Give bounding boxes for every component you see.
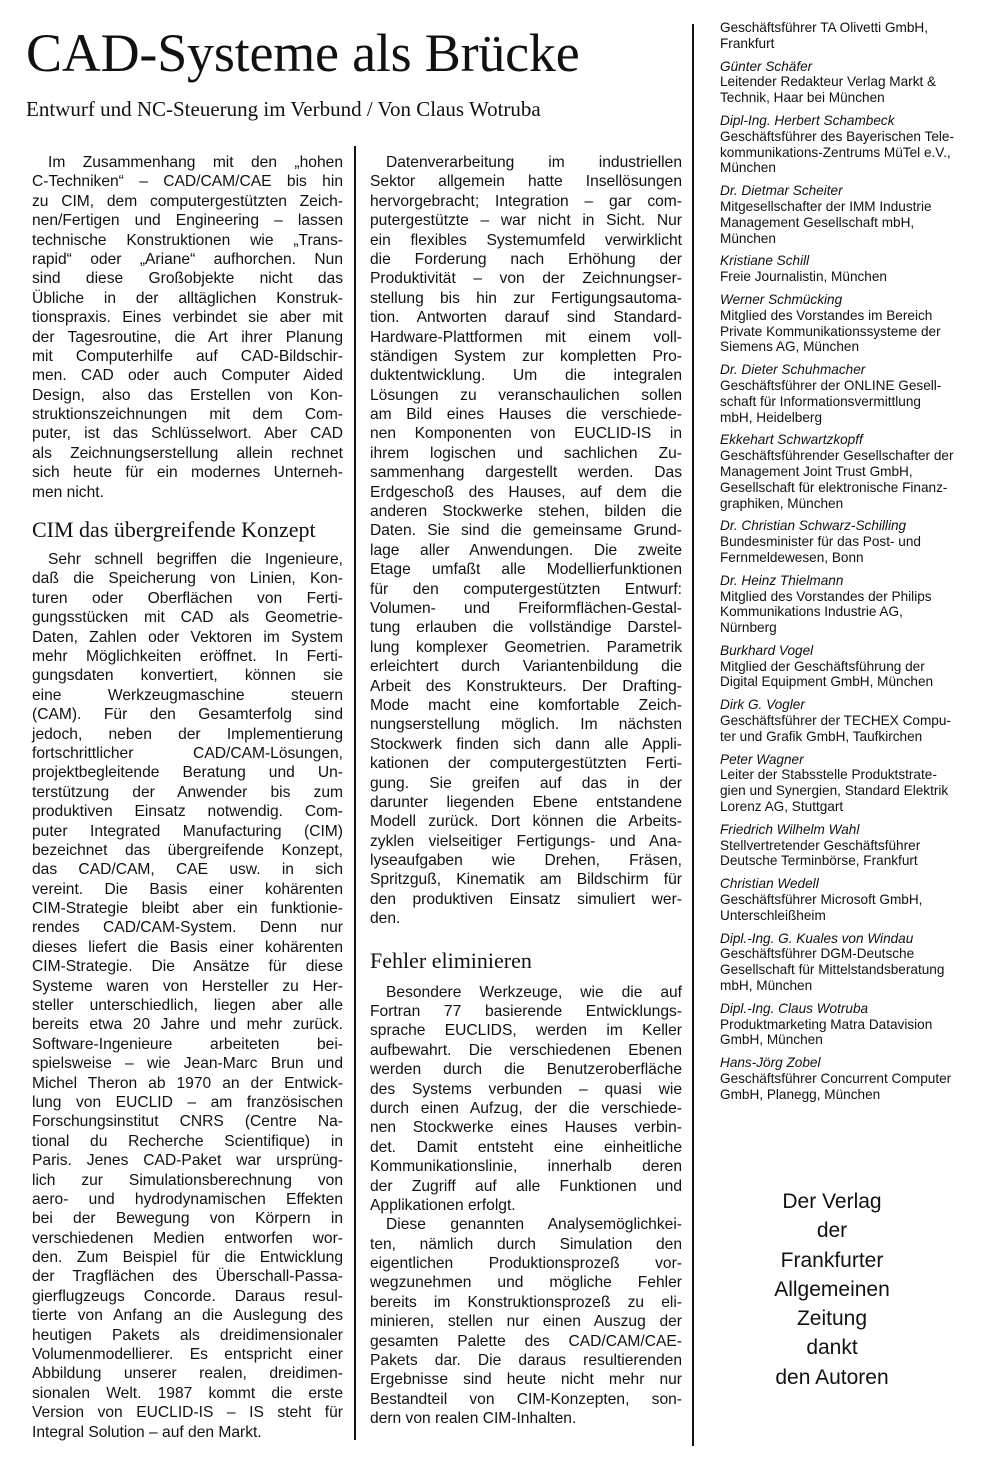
paragraph-line: lung komplexer Geometrien. Parametrik xyxy=(370,638,682,657)
paragraph-line: Applikationen erfolgt. xyxy=(370,1196,682,1215)
thanks-line: den Autoren xyxy=(732,1363,932,1392)
contributor-role: Management Joint Trust GmbH, xyxy=(720,464,990,480)
contributor-role: Siemens AG, München xyxy=(720,339,990,355)
contributor-name: Hans-Jörg Zobel xyxy=(720,1055,990,1071)
contributor-name: Ekkehart Schwartzkopff xyxy=(720,432,990,448)
paragraph-line: gungsstücken mit CAD als Geometrie- xyxy=(32,608,343,627)
contributor-role: Digital Equipment GmbH, München xyxy=(720,674,990,690)
contributor-role: München xyxy=(720,160,990,176)
paragraph-line: erleichtert durch Variantenbildung die xyxy=(370,657,682,676)
paragraph-line: ständigen System zur kompletten Pro- xyxy=(370,347,682,366)
paragraph-line: Fortran 77 basierende Entwicklungs- xyxy=(370,1002,682,1021)
contributor-role: mbH, München xyxy=(720,978,990,994)
paragraph-line: bereits im Konstruktionsprozeß zu eli- xyxy=(370,1293,682,1312)
paragraph-line: Hardware-Plattformen mit einem voll- xyxy=(370,328,682,347)
contributor-name: Dipl.-Ing. G. Kuales von Windau xyxy=(720,931,990,947)
contributor-entry: Christian WedellGeschäftsführer Microsof… xyxy=(720,876,990,923)
contributor-role: Unterschleißheim xyxy=(720,908,990,924)
paragraph-line: Übliche in der alltäglichen Konstruk- xyxy=(32,289,343,308)
contributor-role: mbH, Heidelberg xyxy=(720,410,990,426)
paragraph-line: aero- und hydrodynamischen Effekten xyxy=(32,1190,343,1209)
spacer xyxy=(32,502,343,516)
contributor-role: Mitglied der Geschäftsführung der xyxy=(720,659,990,675)
paragraph-line: daß die Speicherung von Linien, Kon- xyxy=(32,569,343,588)
paragraph-line: puter, ist das Schlüsselwort. Aber CAD xyxy=(32,424,343,443)
paragraph-line: sich heute für ein modernes Unterneh- xyxy=(32,463,343,482)
contributor-entry: Ekkehart SchwartzkopffGeschäftsführender… xyxy=(720,432,990,511)
contributor-role: Fernmeldewesen, Bonn xyxy=(720,550,990,566)
contributor-role: GmbH, Planegg, München xyxy=(720,1087,990,1103)
contributor-entry: Friedrich Wilhelm WahlStellvertretender … xyxy=(720,822,990,869)
paragraph-line: nen/Fertigen und Engineering – lassen xyxy=(32,211,343,230)
paragraph-line: darunter liegenden Ebene entstandene xyxy=(370,793,682,812)
contributor-role: Nürnberg xyxy=(720,620,990,636)
paragraph-line: putergestützte – war nicht in Sicht. Nur xyxy=(370,211,682,230)
paragraph-line: nen Stockwerke eines Hauses verbin- xyxy=(370,1118,682,1137)
paragraph-line: rapid“ oder „Ariane“ aufhorchen. Nun xyxy=(32,250,343,269)
contributor-role: Stellvertretender Geschäftsführer xyxy=(720,838,990,854)
paragraph-line: Produktivität – von der Zeichnungser- xyxy=(370,269,682,288)
section-heading: Fehler eliminieren xyxy=(370,947,682,975)
contributor-entry: Kristiane SchillFreie Journalistin, Münc… xyxy=(720,253,990,285)
contributor-role: Leiter der Stabsstelle Produktstrate- xyxy=(720,767,990,783)
paragraph-line: sionalen Welt. 1987 kommt die erste xyxy=(32,1384,343,1403)
contributor-role: Geschäftsführer DGM-Deutsche xyxy=(720,946,990,962)
contributor-role: Geschäftsführer Microsoft GmbH, xyxy=(720,892,990,908)
paragraph-line: steller unterschiedlich, liegen aber all… xyxy=(32,996,343,1015)
contributor-entry: Dr. Dietmar ScheiterMitgesellschafter de… xyxy=(720,183,990,246)
paragraph-line: Modell zurück. Dort können die Arbeits- xyxy=(370,812,682,831)
contributor-entry: Geschäftsführer TA Olivetti GmbH,Frankfu… xyxy=(720,20,990,52)
publisher-thanks: Der VerlagderFrankfurterAllgemeinenZeitu… xyxy=(732,1187,932,1392)
paragraph-line: projektbegleitende Beratung und Un- xyxy=(32,763,343,782)
contributor-name: Dr. Heinz Thielmann xyxy=(720,573,990,589)
paragraph-line: Diese genannten Analysemöglichkei- xyxy=(370,1215,682,1234)
contributor-entry: Peter WagnerLeiter der Stabsstelle Produ… xyxy=(720,752,990,815)
paragraph-line: puter Integrated Manufacturing (CIM) xyxy=(32,822,343,841)
contributor-name: Peter Wagner xyxy=(720,752,990,768)
contributor-entry: Günter SchäferLeitender Redakteur Verlag… xyxy=(720,59,990,106)
paragraph-line: Volumen- und Freiformflächen-Gestal- xyxy=(370,599,682,618)
paragraph-line: zu CIM, dem computergestützten Zeich- xyxy=(32,192,343,211)
paragraph-line: Daten. Sie sind die gemeinsame Grund- xyxy=(370,521,682,540)
paragraph-line: Spritzguß, Kinematik am Bildschirm für xyxy=(370,870,682,889)
paragraph-line: den. xyxy=(370,909,682,928)
paragraph-line: den produktiven Einsatz simuliert wer- xyxy=(370,890,682,909)
article-subtitle: Entwurf und NC-Steuerung im Verbund / Vo… xyxy=(26,96,541,122)
contributor-name: Dr. Dietmar Scheiter xyxy=(720,183,990,199)
contributor-role: Kommunikations Industrie AG, xyxy=(720,604,990,620)
contributor-entry: Dirk G. VoglerGeschäftsführer der TECHEX… xyxy=(720,697,990,744)
paragraph-line: duktentwicklung. Um die integralen xyxy=(370,366,682,385)
contributor-role: Geschäftsführer TA Olivetti GmbH, xyxy=(720,20,990,36)
paragraph-line: lich zur Simulationsberechnung von xyxy=(32,1171,343,1190)
paragraph-line: Sehr schnell begriffen die Ingenieure, xyxy=(32,550,343,569)
paragraph-line: Etage umfaßt alle Modellierfunktionen xyxy=(370,560,682,579)
paragraph-line: turen oder Oberflächen von Ferti- xyxy=(32,589,343,608)
contributor-role: Private Kommunikationssysteme der xyxy=(720,324,990,340)
contributor-role: Mitglied des Vorstandes im Bereich xyxy=(720,308,990,324)
paragraph-line: men. CAD oder auch Computer Aided xyxy=(32,366,343,385)
thanks-line: dankt xyxy=(732,1333,932,1362)
paragraph-line: gung. Sie greifen auf das in der xyxy=(370,774,682,793)
contributor-entry: Dipl.-Ing. G. Kuales von WindauGeschäfts… xyxy=(720,931,990,994)
contributor-role: gien und Synergien, Standard Elektrik xyxy=(720,783,990,799)
paragraph-line: die Forderung nach Erhöhung der xyxy=(370,250,682,269)
contributor-entry: Dipl.-Ing. Claus WotrubaProduktmarketing… xyxy=(720,1001,990,1048)
paragraph-line: Ergebnisse sind heute nicht mehr nur xyxy=(370,1370,682,1389)
contributor-role: München xyxy=(720,231,990,247)
paragraph-line: als Zeichnungserstellung allein rechnet xyxy=(32,444,343,463)
paragraph-line: Abbildung unserer realen, dreidimen- xyxy=(32,1364,343,1383)
thanks-line: Zeitung xyxy=(732,1304,932,1333)
contributor-entry: Werner SchmückingMitglied des Vorstandes… xyxy=(720,292,990,355)
paragraph-line: sind diese Großobjekte nicht das xyxy=(32,269,343,288)
paragraph-line: mit Computerhilfe auf CAD-Bildschir- xyxy=(32,347,343,366)
paragraph-line: verschiedenen Medien entworfen wor- xyxy=(32,1229,343,1248)
paragraph-line: tung erlauben die vollständige Darstel- xyxy=(370,618,682,637)
paragraph-line: wegzunehmen und mögliche Fehler xyxy=(370,1273,682,1292)
paragraph-line: eigentlichen Produktionsprozeß vor- xyxy=(370,1254,682,1273)
thanks-line: Der Verlag xyxy=(732,1187,932,1216)
contributor-role: Frankfurt xyxy=(720,36,990,52)
paragraph-line: lyseaufgaben wie Drehen, Fräsen, xyxy=(370,851,682,870)
column-divider-2 xyxy=(692,24,694,1446)
paragraph-line: (CAM). Für den Gesamterfolg sind xyxy=(32,705,343,724)
paragraph-line: das CAD/CAM, CAE usw. in sich xyxy=(32,860,343,879)
paragraph-line: sammenhang dargestellt werden. Das xyxy=(370,463,682,482)
paragraph-line: ihrem logischen und sachlichen Zu- xyxy=(370,444,682,463)
paragraph-line: Bestandteil von CIM-Konzepten, son- xyxy=(370,1390,682,1409)
paragraph-line: tionspraxis. Eines verbindet sie aber mi… xyxy=(32,308,343,327)
contributor-name: Werner Schmücking xyxy=(720,292,990,308)
paragraph-line: Michel Theron ab 1970 an der Entwick- xyxy=(32,1074,343,1093)
paragraph-line: anderen Stockwerke stehen, bilden die xyxy=(370,502,682,521)
contributor-role: Mitgesellschafter der IMM Industrie xyxy=(720,199,990,215)
paragraph-line: des Systems verbunden – quasi wie xyxy=(370,1080,682,1099)
paragraph-line: minieren, stellen nur einen Auszug der xyxy=(370,1312,682,1331)
paragraph-line: Design, also das Erstellen von Kon- xyxy=(32,386,343,405)
contributor-role: Gesellschaft für elektronische Finanz- xyxy=(720,480,990,496)
contributor-role: GmbH, München xyxy=(720,1032,990,1048)
article-title: CAD-Systeme als Brücke xyxy=(26,22,580,84)
paragraph-line: bei der Bewegung von Körpern in xyxy=(32,1209,343,1228)
contributor-entry: Burkhard VogelMitglied der Geschäftsführ… xyxy=(720,643,990,690)
paragraph-line: Integral Solution – auf den Markt. xyxy=(32,1423,343,1442)
paragraph-line: C-Techniken“ – CAD/CAM/CAE bis hin xyxy=(32,172,343,191)
contributor-name: Friedrich Wilhelm Wahl xyxy=(720,822,990,838)
contributor-role: Freie Journalistin, München xyxy=(720,269,990,285)
paragraph-line: aufbewahrt. Die verschiedenen Ebenen xyxy=(370,1041,682,1060)
paragraph-line: lage aller Anwendungen. Die zweite xyxy=(370,541,682,560)
paragraph-line: nen Komponenten von EUCLID-IS in xyxy=(370,424,682,443)
paragraph-line: produktiven Einsatz notwendig. Com- xyxy=(32,802,343,821)
paragraph-line: gungsdaten konvertiert, können sie xyxy=(32,666,343,685)
contributor-name: Dr. Christian Schwarz-Schilling xyxy=(720,518,990,534)
paragraph-line: ten, nämlich durch Simulation den xyxy=(370,1235,682,1254)
paragraph-line: heutigen Pakets als dreidimensionaler xyxy=(32,1326,343,1345)
paragraph-line: struktionszeichnungen mit dem Com- xyxy=(32,405,343,424)
paragraph-line: CIM-Strategie bleibt aber ein funktionie… xyxy=(32,899,343,918)
paragraph-line: nungserstellung möglich. Im nächsten xyxy=(370,715,682,734)
paragraph-line: Arbeit des Konstrukteurs. Der Drafting- xyxy=(370,677,682,696)
paragraph-line: technische Konstruktionen wie „Trans- xyxy=(32,231,343,250)
paragraph-line: vereint. Die Basis einer kohärenten xyxy=(32,880,343,899)
paragraph-line: eine Werkzeugmaschine steuern xyxy=(32,686,343,705)
paragraph-line: Version von EUCLID-IS – IS steht für xyxy=(32,1403,343,1422)
paragraph-line: durch einen Aufzug, der die verschiede- xyxy=(370,1099,682,1118)
contributor-role: Geschäftsführender Gesellschafter der xyxy=(720,448,990,464)
paragraph-line: Volumenmodellierer. Es entspricht einer xyxy=(32,1345,343,1364)
contributor-role: Geschäftsführer der ONLINE Gesell- xyxy=(720,378,990,394)
paragraph-line: Datenverarbeitung im industriellen xyxy=(370,153,682,172)
paragraph-line: Paris. Jenes CAD-Paket war ursprüng- xyxy=(32,1151,343,1170)
paragraph-line: stellung bis hin zur Fertigungsautoma- xyxy=(370,289,682,308)
paragraph-line: bezeichnet das übergreifende Konzept, xyxy=(32,841,343,860)
contributor-role: Technik, Haar bei München xyxy=(720,90,990,106)
paragraph-line: am Bild eines Hauses die verschiede- xyxy=(370,405,682,424)
contributor-role: Geschäftsführer der TECHEX Compu- xyxy=(720,713,990,729)
contributor-entry: Dr. Dieter SchuhmacherGeschäftsführer de… xyxy=(720,362,990,425)
paragraph-line: det. Damit entsteht eine einheitliche xyxy=(370,1138,682,1157)
contributor-role: Gesellschaft für Mittelstandsberatung xyxy=(720,962,990,978)
paragraph-line: fortschrittlicher CAD/CAM-Lösungen, xyxy=(32,744,343,763)
paragraph-line: gierflugzeugs Concorde. Daraus resul- xyxy=(32,1287,343,1306)
paragraph-line: der Tragflächen des Überschall-Passa- xyxy=(32,1267,343,1286)
paragraph-line: rendes CAD/CAM-System. Denn nur xyxy=(32,918,343,937)
thanks-line: Allgemeinen xyxy=(732,1275,932,1304)
contributor-name: Christian Wedell xyxy=(720,876,990,892)
contributor-name: Kristiane Schill xyxy=(720,253,990,269)
paragraph-line: Kommunikationslinie, innerhalb deren xyxy=(370,1157,682,1176)
paragraph-line: Sektor allgemein hatte Insellösungen xyxy=(370,172,682,191)
contributor-entry: Dipl-Ing. Herbert SchambeckGeschäftsführ… xyxy=(720,113,990,176)
contributor-name: Dirk G. Vogler xyxy=(720,697,990,713)
contributor-name: Dipl-Ing. Herbert Schambeck xyxy=(720,113,990,129)
paragraph-line: tional du Recherche Scientifique) in xyxy=(32,1132,343,1151)
contributor-name: Burkhard Vogel xyxy=(720,643,990,659)
spacer xyxy=(370,975,682,983)
spacer xyxy=(370,929,682,947)
paragraph-line: sprache EUCLIDS, werden im Keller xyxy=(370,1021,682,1040)
contributor-role: ter und Grafik GmbH, Taufkirchen xyxy=(720,729,990,745)
contributor-role: Lorenz AG, Stuttgart xyxy=(720,799,990,815)
paragraph-line: Systeme waren von Hersteller zu Her- xyxy=(32,977,343,996)
paragraph-line: der Tagesroutine, die Art ihrer Planung xyxy=(32,328,343,347)
paragraph-line: Stockwerk finden sich dann alle Appli- xyxy=(370,735,682,754)
contributor-role: Mitglied des Vorstandes der Philips xyxy=(720,589,990,605)
paragraph-line: bereits etwa 20 Jahre und mehr zurück. xyxy=(32,1015,343,1034)
paragraph-line: Erdgeschoß des Hauses, auf dem die xyxy=(370,483,682,502)
contributor-role: Bundesminister für das Post- und xyxy=(720,534,990,550)
thanks-line: der xyxy=(732,1216,932,1245)
paragraph-line: den. Zum Beispiel für die Entwicklung xyxy=(32,1248,343,1267)
contributor-role: Management Gesellschaft mbH, xyxy=(720,215,990,231)
paragraph-line: gesamten Palette des CAD/CAM/CAE- xyxy=(370,1332,682,1351)
paragraph-line: Lösungen zu veranschaulichen sollen xyxy=(370,386,682,405)
contributor-entry: Dr. Christian Schwarz-SchillingBundesmin… xyxy=(720,518,990,565)
paragraph-line: werden durch die Benutzeroberfläche xyxy=(370,1060,682,1079)
contributor-name: Dipl.-Ing. Claus Wotruba xyxy=(720,1001,990,1017)
column-divider-1 xyxy=(354,146,356,1440)
paragraph-line: dieses liefert die Basis einer kohärente… xyxy=(32,938,343,957)
paragraph-line: Daten, Zahlen oder Vektoren im System xyxy=(32,628,343,647)
paragraph-line: men nicht. xyxy=(32,483,343,502)
paragraph-line: CIM-Strategie. Die Ansätze für diese xyxy=(32,957,343,976)
contributor-role: Deutsche Terminbörse, Frankfurt xyxy=(720,853,990,869)
paragraph-line: spielsweise – wie Jean-Marc Brun und xyxy=(32,1054,343,1073)
paragraph-line: zyklen vielseitiger Fertigungs- und Ana- xyxy=(370,832,682,851)
article-column-2: Datenverarbeitung im industriellenSektor… xyxy=(370,153,682,1429)
paragraph-line: dern von realen CIM-Inhalten. xyxy=(370,1409,682,1428)
contributor-role: Leitender Redakteur Verlag Markt & xyxy=(720,74,990,90)
paragraph-line: mehr Möglichkeiten eröffnet. In Ferti- xyxy=(32,647,343,666)
paragraph-line: Im Zusammenhang mit den „hohen xyxy=(32,153,343,172)
paragraph-line: Forschungsinstitut CNRS (Centre Na- xyxy=(32,1112,343,1131)
paragraph-line: tierte von Anfang an die Auslegung des xyxy=(32,1306,343,1325)
contributor-role: kommunikations-Zentrums MüTel e.V., xyxy=(720,145,990,161)
contributor-name: Günter Schäfer xyxy=(720,59,990,75)
paragraph-line: Besondere Werkzeuge, wie die auf xyxy=(370,983,682,1002)
thanks-line: Frankfurter xyxy=(732,1246,932,1275)
contributor-role: graphiken, München xyxy=(720,496,990,512)
paragraph-line: tion. Antworten darauf sind Standard- xyxy=(370,308,682,327)
paragraph-line: Software-Ingenieure arbeiteten bei- xyxy=(32,1035,343,1054)
paragraph-line: Pakets dar. Die daraus resultierenden xyxy=(370,1351,682,1370)
paragraph-line: hervorgebracht; Integration – gar com- xyxy=(370,192,682,211)
paragraph-line: kationen der computergestützten Ferti- xyxy=(370,754,682,773)
paragraph-line: der Zugriff auf alle Funktionen und xyxy=(370,1177,682,1196)
contributors-list: Geschäftsführer TA Olivetti GmbH,Frankfu… xyxy=(720,20,990,1110)
paragraph-line: terstützung der Anwender bis zum xyxy=(32,783,343,802)
contributor-entry: Dr. Heinz ThielmannMitglied des Vorstand… xyxy=(720,573,990,636)
contributor-role: Produktmarketing Matra Datavision xyxy=(720,1017,990,1033)
paragraph-line: lung von EUCLID – am französischen xyxy=(32,1093,343,1112)
contributor-role: schaft für Informationsvermittlung xyxy=(720,394,990,410)
contributor-role: Geschäftsführer Concurrent Computer xyxy=(720,1071,990,1087)
contributor-name: Dr. Dieter Schuhmacher xyxy=(720,362,990,378)
article-column-1: Im Zusammenhang mit den „hohenC-Technike… xyxy=(32,153,343,1442)
paragraph-line: jedoch, neben der Implementierung xyxy=(32,725,343,744)
section-heading: CIM das übergreifende Konzept xyxy=(32,516,343,544)
paragraph-line: ein flexibles Systemumfeld verwirklicht xyxy=(370,231,682,250)
paragraph-line: Mode macht eine komfortable Zeich- xyxy=(370,696,682,715)
contributor-role: Geschäftsführer des Bayerischen Tele- xyxy=(720,129,990,145)
paragraph-line: für den computergestützten Entwurf: xyxy=(370,580,682,599)
contributor-entry: Hans-Jörg ZobelGeschäftsführer Concurren… xyxy=(720,1055,990,1102)
